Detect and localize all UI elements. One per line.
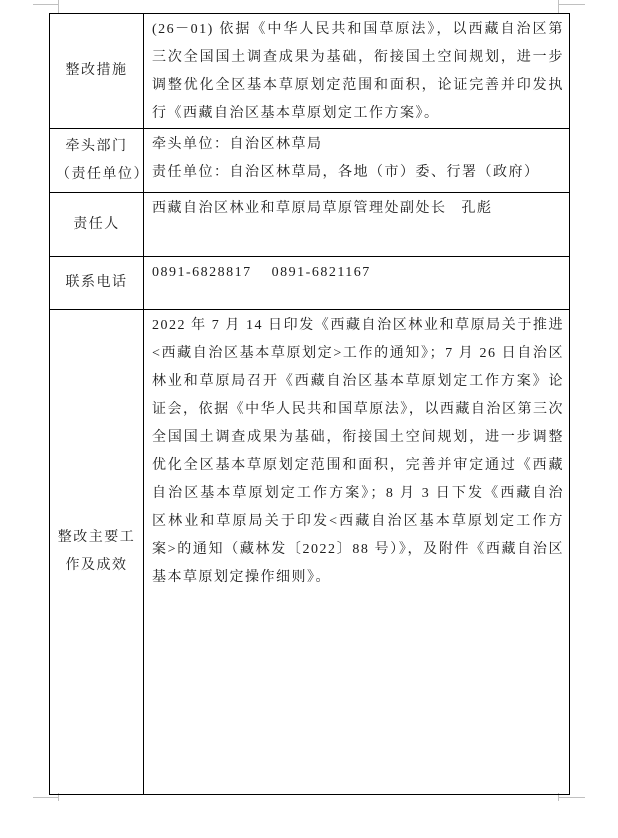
table-row: 牵头部门 （责任单位） 牵头单位：自治区林草局 责任单位：自治区林草局，各地（市… (50, 129, 570, 193)
table-row: 联系电话 0891-6828817 0891-6821167 (50, 257, 570, 310)
row-value-rectification-measures: (26－01) 依据《中华人民共和国草原法》，以西藏自治区第三次全国国土调查成果… (144, 14, 570, 129)
crop-mark-top-right (558, 4, 585, 5)
row-label-lead-department: 牵头部门 （责任单位） (50, 129, 144, 193)
row-label-contact-phone: 联系电话 (50, 257, 144, 310)
row-value-responsible-person: 西藏自治区林业和草原局草原管理处副处长 孔彪 (144, 193, 570, 257)
row-label-main-work-results: 整改主要工 作及成效 (50, 310, 144, 795)
table-row: 整改主要工 作及成效 2022 年 7 月 14 日印发《西藏自治区林业和草原局… (50, 310, 570, 795)
row-label-responsible-person: 责任人 (50, 193, 144, 257)
rectification-table: 整改措施 (26－01) 依据《中华人民共和国草原法》，以西藏自治区第三次全国国… (49, 13, 570, 795)
document-page: 整改措施 (26－01) 依据《中华人民共和国草原法》，以西藏自治区第三次全国国… (0, 0, 618, 838)
row-label-rectification-measures: 整改措施 (50, 14, 144, 129)
row-value-contact-phone: 0891-6828817 0891-6821167 (144, 257, 570, 310)
row-value-main-work-results: 2022 年 7 月 14 日印发《西藏自治区林业和草原局关于推进<西藏自治区基… (144, 310, 570, 795)
crop-mark-top-left (58, 0, 59, 13)
table-row: 责任人 西藏自治区林业和草原局草原管理处副处长 孔彪 (50, 193, 570, 257)
crop-mark-bottom-left (33, 797, 59, 798)
table-row: 整改措施 (26－01) 依据《中华人民共和国草原法》，以西藏自治区第三次全国国… (50, 14, 570, 129)
crop-mark-top-right (558, 0, 559, 13)
crop-mark-bottom-right (558, 797, 585, 798)
crop-mark-top-left (33, 4, 59, 5)
row-value-lead-department: 牵头单位：自治区林草局 责任单位：自治区林草局，各地（市）委、行署（政府） (144, 129, 570, 193)
